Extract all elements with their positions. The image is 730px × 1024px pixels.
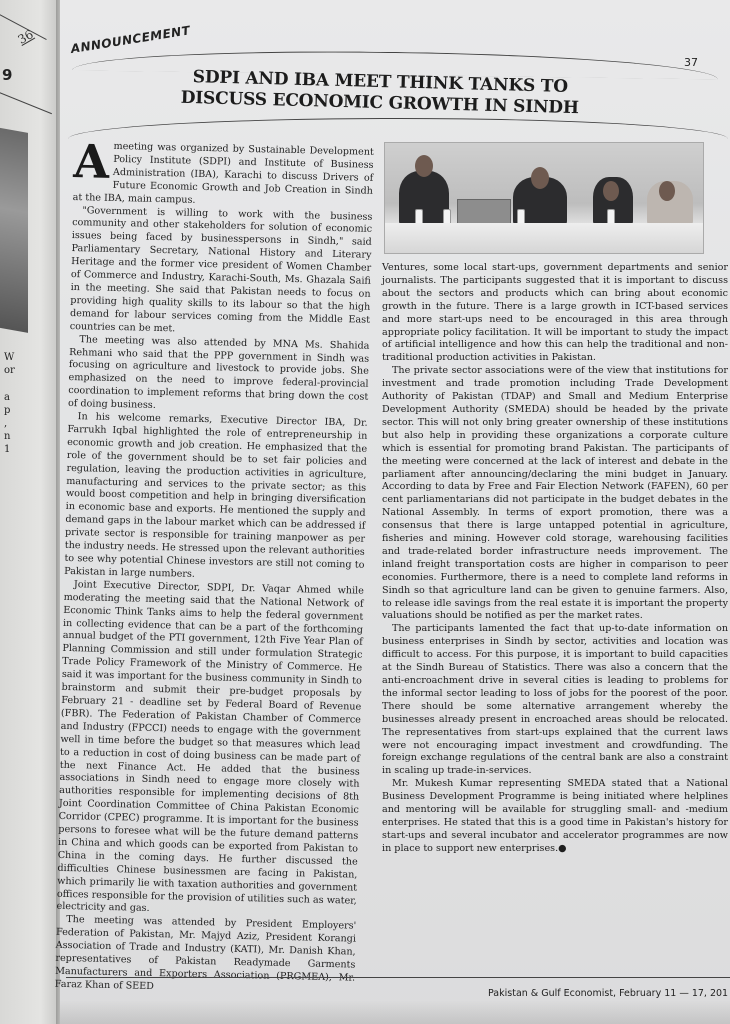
paragraph: The meeting was attended by President Em… xyxy=(55,914,357,998)
text-fragment: W xyxy=(4,352,14,363)
text-fragment: , xyxy=(4,418,7,429)
person-head xyxy=(531,167,549,189)
page-number: 37 xyxy=(684,56,698,69)
text-fragment: or xyxy=(4,365,15,376)
paragraph: Mr. Mukesh Kumar representing SMEDA stat… xyxy=(382,778,728,855)
person-head xyxy=(659,181,675,201)
article-column-right: Ventures, some local start-ups, governme… xyxy=(382,262,728,856)
person-head xyxy=(603,181,619,201)
text-fragment: a xyxy=(4,392,10,403)
drop-cap: A xyxy=(73,142,110,181)
text-fragment: 1 xyxy=(4,444,10,455)
magazine-page: ANNOUNCEMENT 37 SDPI AND IBA MEET THINK … xyxy=(60,0,730,1024)
conference-table xyxy=(385,223,703,253)
previous-page-heading-fragment: 9 xyxy=(2,66,12,84)
publication-footer: Pakistan & Gulf Economist, February 11 —… xyxy=(488,988,728,999)
previous-page-edge: 36 9 W or a p , n 1 xyxy=(0,0,58,1024)
previous-page-number: 36 xyxy=(16,27,36,47)
paragraph: Joint Executive Director, SDPI, Dr. Vaqa… xyxy=(56,579,364,921)
paragraph: The private sector associations were of … xyxy=(382,365,728,623)
previous-page-photo xyxy=(0,127,28,333)
section-label: ANNOUNCEMENT xyxy=(70,23,191,56)
article-column-left: Ameeting was organized by Sustainable De… xyxy=(55,140,374,998)
headline-rule xyxy=(68,118,728,139)
paragraph: The meeting was also attended by MNA Ms.… xyxy=(68,334,370,418)
article-photo xyxy=(384,142,704,254)
text-fragment: n xyxy=(4,431,10,442)
paragraph: "Government is willing to work with the … xyxy=(70,205,373,341)
paragraph: In his welcome remarks, Executive Direct… xyxy=(64,411,368,586)
text-fragment: p xyxy=(4,405,10,416)
paragraph: Ventures, some local start-ups, governme… xyxy=(382,262,728,365)
person-head xyxy=(415,155,433,177)
page-shadow xyxy=(60,1000,730,1024)
divider xyxy=(0,91,52,114)
footer-rule xyxy=(66,977,730,978)
paragraph: The participants lamented the fact that … xyxy=(382,623,728,778)
paragraph: Ameeting was organized by Sustainable De… xyxy=(73,140,374,211)
person-figure xyxy=(399,171,449,227)
